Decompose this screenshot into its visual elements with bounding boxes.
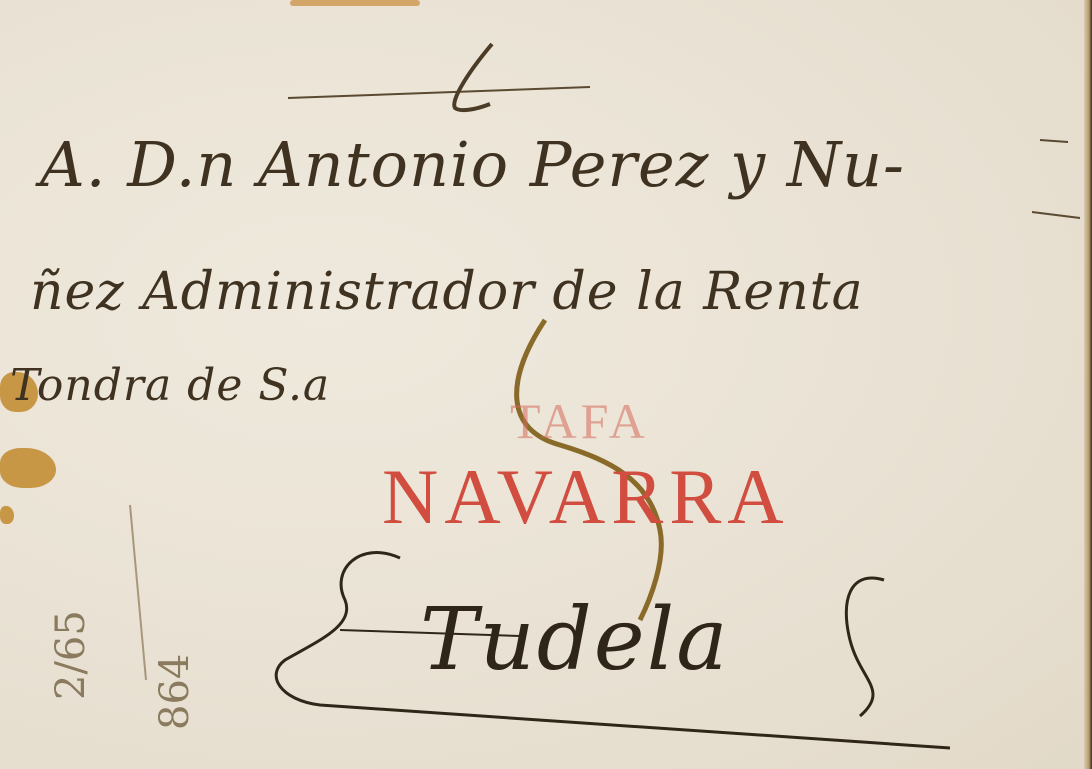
destination-city: Tudela [420, 590, 729, 690]
letter-sheet: A. D.n Antonio Perez y Nu- ñez Administr… [0, 0, 1088, 769]
margin-note-1: 2/65 [48, 610, 94, 700]
address-line-1: A. D.n Antonio Perez y Nu- [40, 128, 905, 201]
address-line-3: Tondra de S.a [10, 360, 330, 411]
margin-note-2: 864 [152, 654, 198, 730]
address-line-2: ñez Administrador de la Renta [30, 262, 864, 322]
postmark-line-2: NAVARRA [382, 452, 790, 542]
postmark-line-1: TAFA [510, 392, 649, 450]
